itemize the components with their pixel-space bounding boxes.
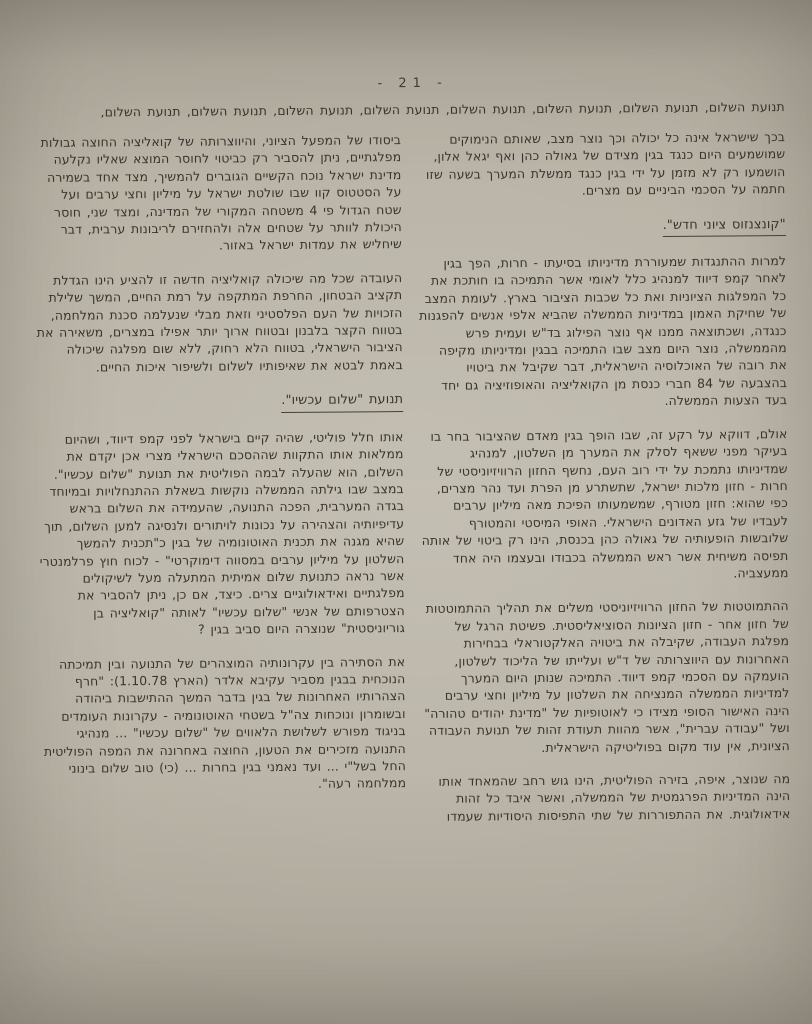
paragraph: בכך שישראל אינה כל יכולה וכך נוצר מצב, ש… <box>415 128 786 201</box>
section-heading-row: "קונצנזוס ציוני חדש". <box>416 214 786 255</box>
section-heading-row: תנועת "שלום עכשיו". <box>33 389 403 430</box>
section-heading-new-zionist-consensus: "קונצנזוס ציוני חדש". <box>663 216 786 237</box>
two-column-text: בכך שישראל אינה כל יכולה וכך נוצר מצב, ש… <box>31 128 791 844</box>
paragraph: למרות ההתנגדות שמעוררת מדיניותו בסיעתו -… <box>416 252 787 412</box>
column-right: בכך שישראל אינה כל יכולה וכך נוצר מצב, ש… <box>415 128 791 841</box>
column-left: ביסודו של המפעל הציוני, והיווצרותה של קו… <box>31 131 406 811</box>
paragraph: אולם, דווקא על רקע זה, שבו הופך בגין מאד… <box>417 425 788 585</box>
paragraph: את הסתירה בין עקרונותיה המוצהרים של התנו… <box>35 653 406 795</box>
section-heading-peace-now-movement: תנועת "שלום עכשיו". <box>281 391 403 412</box>
paragraph: אותו חלל פוליטי, שהיה קיים בישראל לפני ק… <box>33 428 405 640</box>
document-page: - 21 - תנועת השלום, תנועת השלום, תנועת ה… <box>30 0 791 844</box>
page-number: - 21 - <box>31 73 785 94</box>
paragraph: ההתמוטטות של החזון הרוויזיוניסטי משלים א… <box>419 597 790 757</box>
paragraph: העובדה שכל מה שיכולה קואליציה חדשה זו לה… <box>32 269 403 376</box>
repeated-title-line: תנועת השלום, תנועת השלום, תנועת השלום, ת… <box>31 99 785 120</box>
paragraph: מה שנוצר, איפה, בזירה הפוליטית, הינו גוש… <box>420 770 790 825</box>
paragraph: ביסודו של המפעל הציוני, והיווצרותה של קו… <box>31 131 402 256</box>
